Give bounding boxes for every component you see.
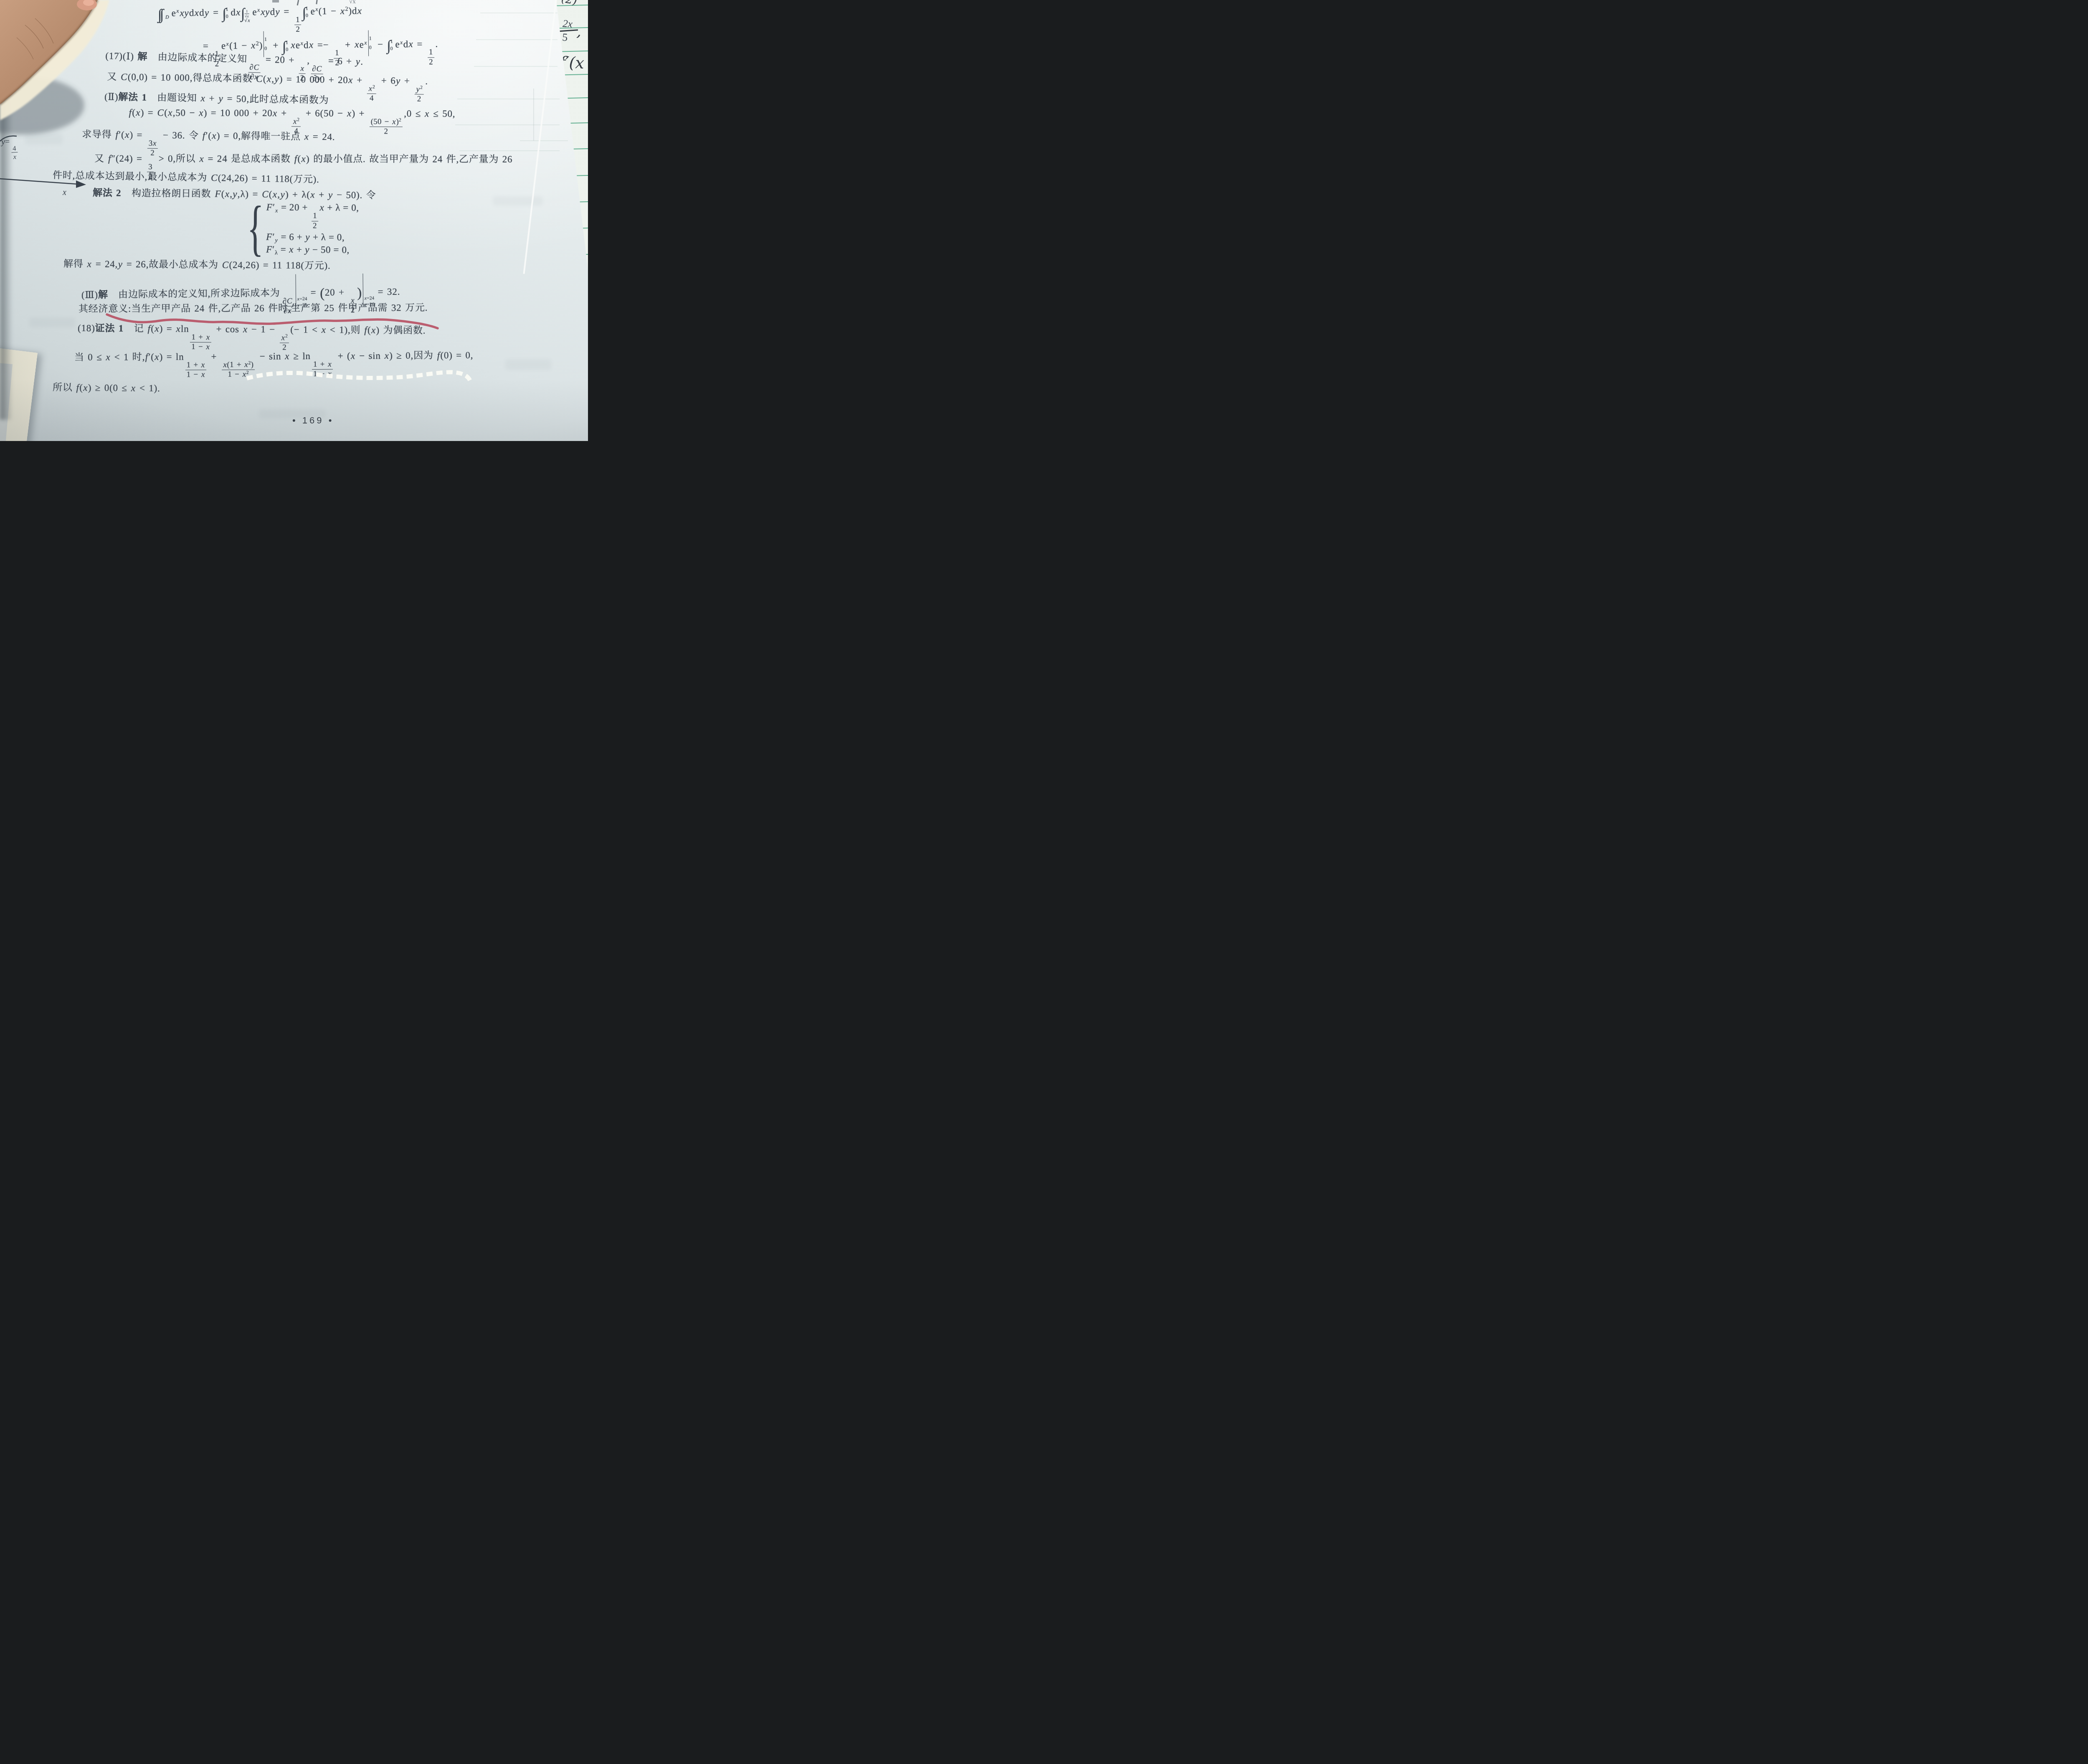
page-number: • 169 •	[292, 415, 334, 426]
margin-figure-axis	[0, 134, 90, 193]
handwriting-numerator: 2x	[556, 18, 579, 30]
top-edge-fragment	[272, 0, 279, 3]
top-edge-sqrtx-fragment: √x	[349, 0, 356, 5]
margin-figure-x-label: x	[63, 188, 66, 198]
left-edge-shadow	[0, 98, 13, 420]
hand	[0, 0, 125, 134]
textbook-photo: ∫∫ Dexxydxdy = ∫10dx∫1√x√xexxydy = 12∫10…	[0, 0, 588, 441]
